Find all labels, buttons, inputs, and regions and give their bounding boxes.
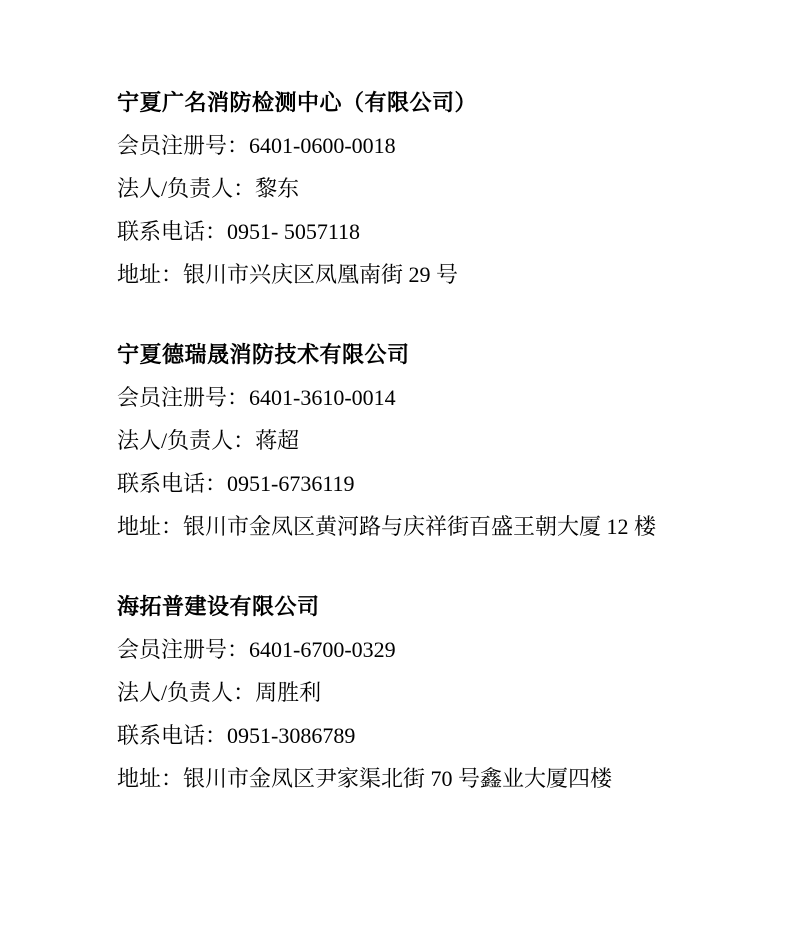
member-id-value: 6401-6700-0329 — [249, 637, 396, 662]
address-label: 地址： — [117, 514, 183, 539]
member-id-row: 会员注册号：6401-3610-0014 — [117, 376, 746, 419]
company-entry: 海拓普建设有限公司 会员注册号：6401-6700-0329 法人/负责人：周胜… — [117, 585, 746, 800]
legal-person-row: 法人/负责人：蒋超 — [117, 419, 746, 462]
legal-person-row: 法人/负责人：周胜利 — [117, 671, 746, 714]
address-label: 地址： — [117, 262, 183, 287]
legal-person-label: 法人/负责人： — [117, 428, 255, 453]
company-entry: 宁夏德瑞晟消防技术有限公司 会员注册号：6401-3610-0014 法人/负责… — [117, 333, 746, 548]
phone-label: 联系电话： — [117, 723, 227, 748]
legal-person-label: 法人/负责人： — [117, 680, 255, 705]
legal-person-row: 法人/负责人：黎东 — [117, 167, 746, 210]
phone-value: 0951-3086789 — [227, 723, 355, 748]
phone-row: 联系电话：0951-3086789 — [117, 714, 746, 757]
legal-person-label: 法人/负责人： — [117, 176, 255, 201]
member-id-label: 会员注册号： — [117, 637, 249, 662]
phone-row: 联系电话：0951-6736119 — [117, 462, 746, 505]
company-name: 宁夏广名消防检测中心（有限公司） — [117, 81, 746, 124]
phone-label: 联系电话： — [117, 219, 227, 244]
company-name: 宁夏德瑞晟消防技术有限公司 — [117, 333, 746, 376]
address-row: 地址：银川市金凤区尹家渠北街 70 号鑫业大厦四楼 — [117, 757, 746, 800]
address-row: 地址：银川市金凤区黄河路与庆祥街百盛王朝大厦 12 楼 — [117, 505, 746, 548]
document-page: 宁夏广名消防检测中心（有限公司） 会员注册号：6401-0600-0018 法人… — [0, 0, 786, 936]
address-value: 银川市金凤区尹家渠北街 70 号鑫业大厦四楼 — [183, 766, 612, 791]
address-value: 银川市金凤区黄河路与庆祥街百盛王朝大厦 12 楼 — [183, 514, 656, 539]
member-id-value: 6401-0600-0018 — [249, 133, 396, 158]
phone-row: 联系电话：0951- 5057118 — [117, 210, 746, 253]
member-id-row: 会员注册号：6401-0600-0018 — [117, 124, 746, 167]
address-row: 地址：银川市兴庆区凤凰南街 29 号 — [117, 253, 746, 296]
member-id-label: 会员注册号： — [117, 385, 249, 410]
legal-person-value: 黎东 — [255, 176, 299, 201]
legal-person-value: 蒋超 — [255, 428, 299, 453]
member-id-value: 6401-3610-0014 — [249, 385, 396, 410]
legal-person-value: 周胜利 — [255, 680, 321, 705]
address-label: 地址： — [117, 766, 183, 791]
phone-value: 0951-6736119 — [227, 471, 355, 496]
phone-value: 0951- 5057118 — [227, 219, 360, 244]
member-id-row: 会员注册号：6401-6700-0329 — [117, 628, 746, 671]
member-id-label: 会员注册号： — [117, 133, 249, 158]
phone-label: 联系电话： — [117, 471, 227, 496]
company-name: 海拓普建设有限公司 — [117, 585, 746, 628]
company-entry: 宁夏广名消防检测中心（有限公司） 会员注册号：6401-0600-0018 法人… — [117, 81, 746, 296]
address-value: 银川市兴庆区凤凰南街 29 号 — [183, 262, 458, 287]
